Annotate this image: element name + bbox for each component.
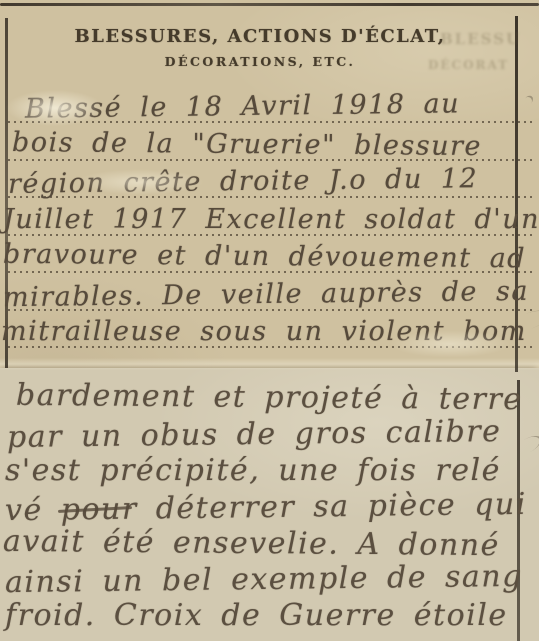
handwriting-line: bardement et projeté à terre xyxy=(16,378,523,417)
handwriting-line: bois de la "Gruerie" blessure xyxy=(12,127,482,162)
paper-seam xyxy=(0,358,539,370)
handwriting-line: Juillet 1917 Excellent soldat d'une xyxy=(3,204,539,235)
ghost-bleed-text: DÉCORAT xyxy=(428,58,509,72)
handwriting-line: Blessé le 18 Avril 1918 au xyxy=(25,88,460,124)
handwriting-line: région crête droite J.o du 12 xyxy=(8,163,479,200)
handwriting-line: ainsi un bel exemple de sang xyxy=(5,559,523,600)
handwriting-line: mitrailleuse sous un violent bom xyxy=(1,316,527,347)
header-title: BLESSURES, ACTIONS D'ÉCLAT, xyxy=(10,26,510,47)
handwriting-line: mirables. De veille auprès de sa xyxy=(3,276,529,313)
ghost-bleed-text: BLESSU xyxy=(440,30,521,48)
handwriting-line: s'est précipité, une fois relé xyxy=(5,453,501,488)
scanned-military-record-page: BLESSURES, ACTIONS D'ÉCLAT, DÉCORATIONS,… xyxy=(0,0,539,641)
handwriting-line: froid. Croix de Guerre étoile xyxy=(5,598,508,633)
handwriting-line: vé pour déterrer sa pièce qui xyxy=(5,487,527,528)
margin-ink-stroke xyxy=(521,94,535,108)
handwriting-line: par un obus de gros calibre xyxy=(7,414,502,455)
handwriting-line: avait été ensevelie. A donné xyxy=(3,524,500,563)
handwriting-line: bravoure et d'un dévouement ad xyxy=(3,239,526,275)
page-border-top xyxy=(0,3,539,6)
